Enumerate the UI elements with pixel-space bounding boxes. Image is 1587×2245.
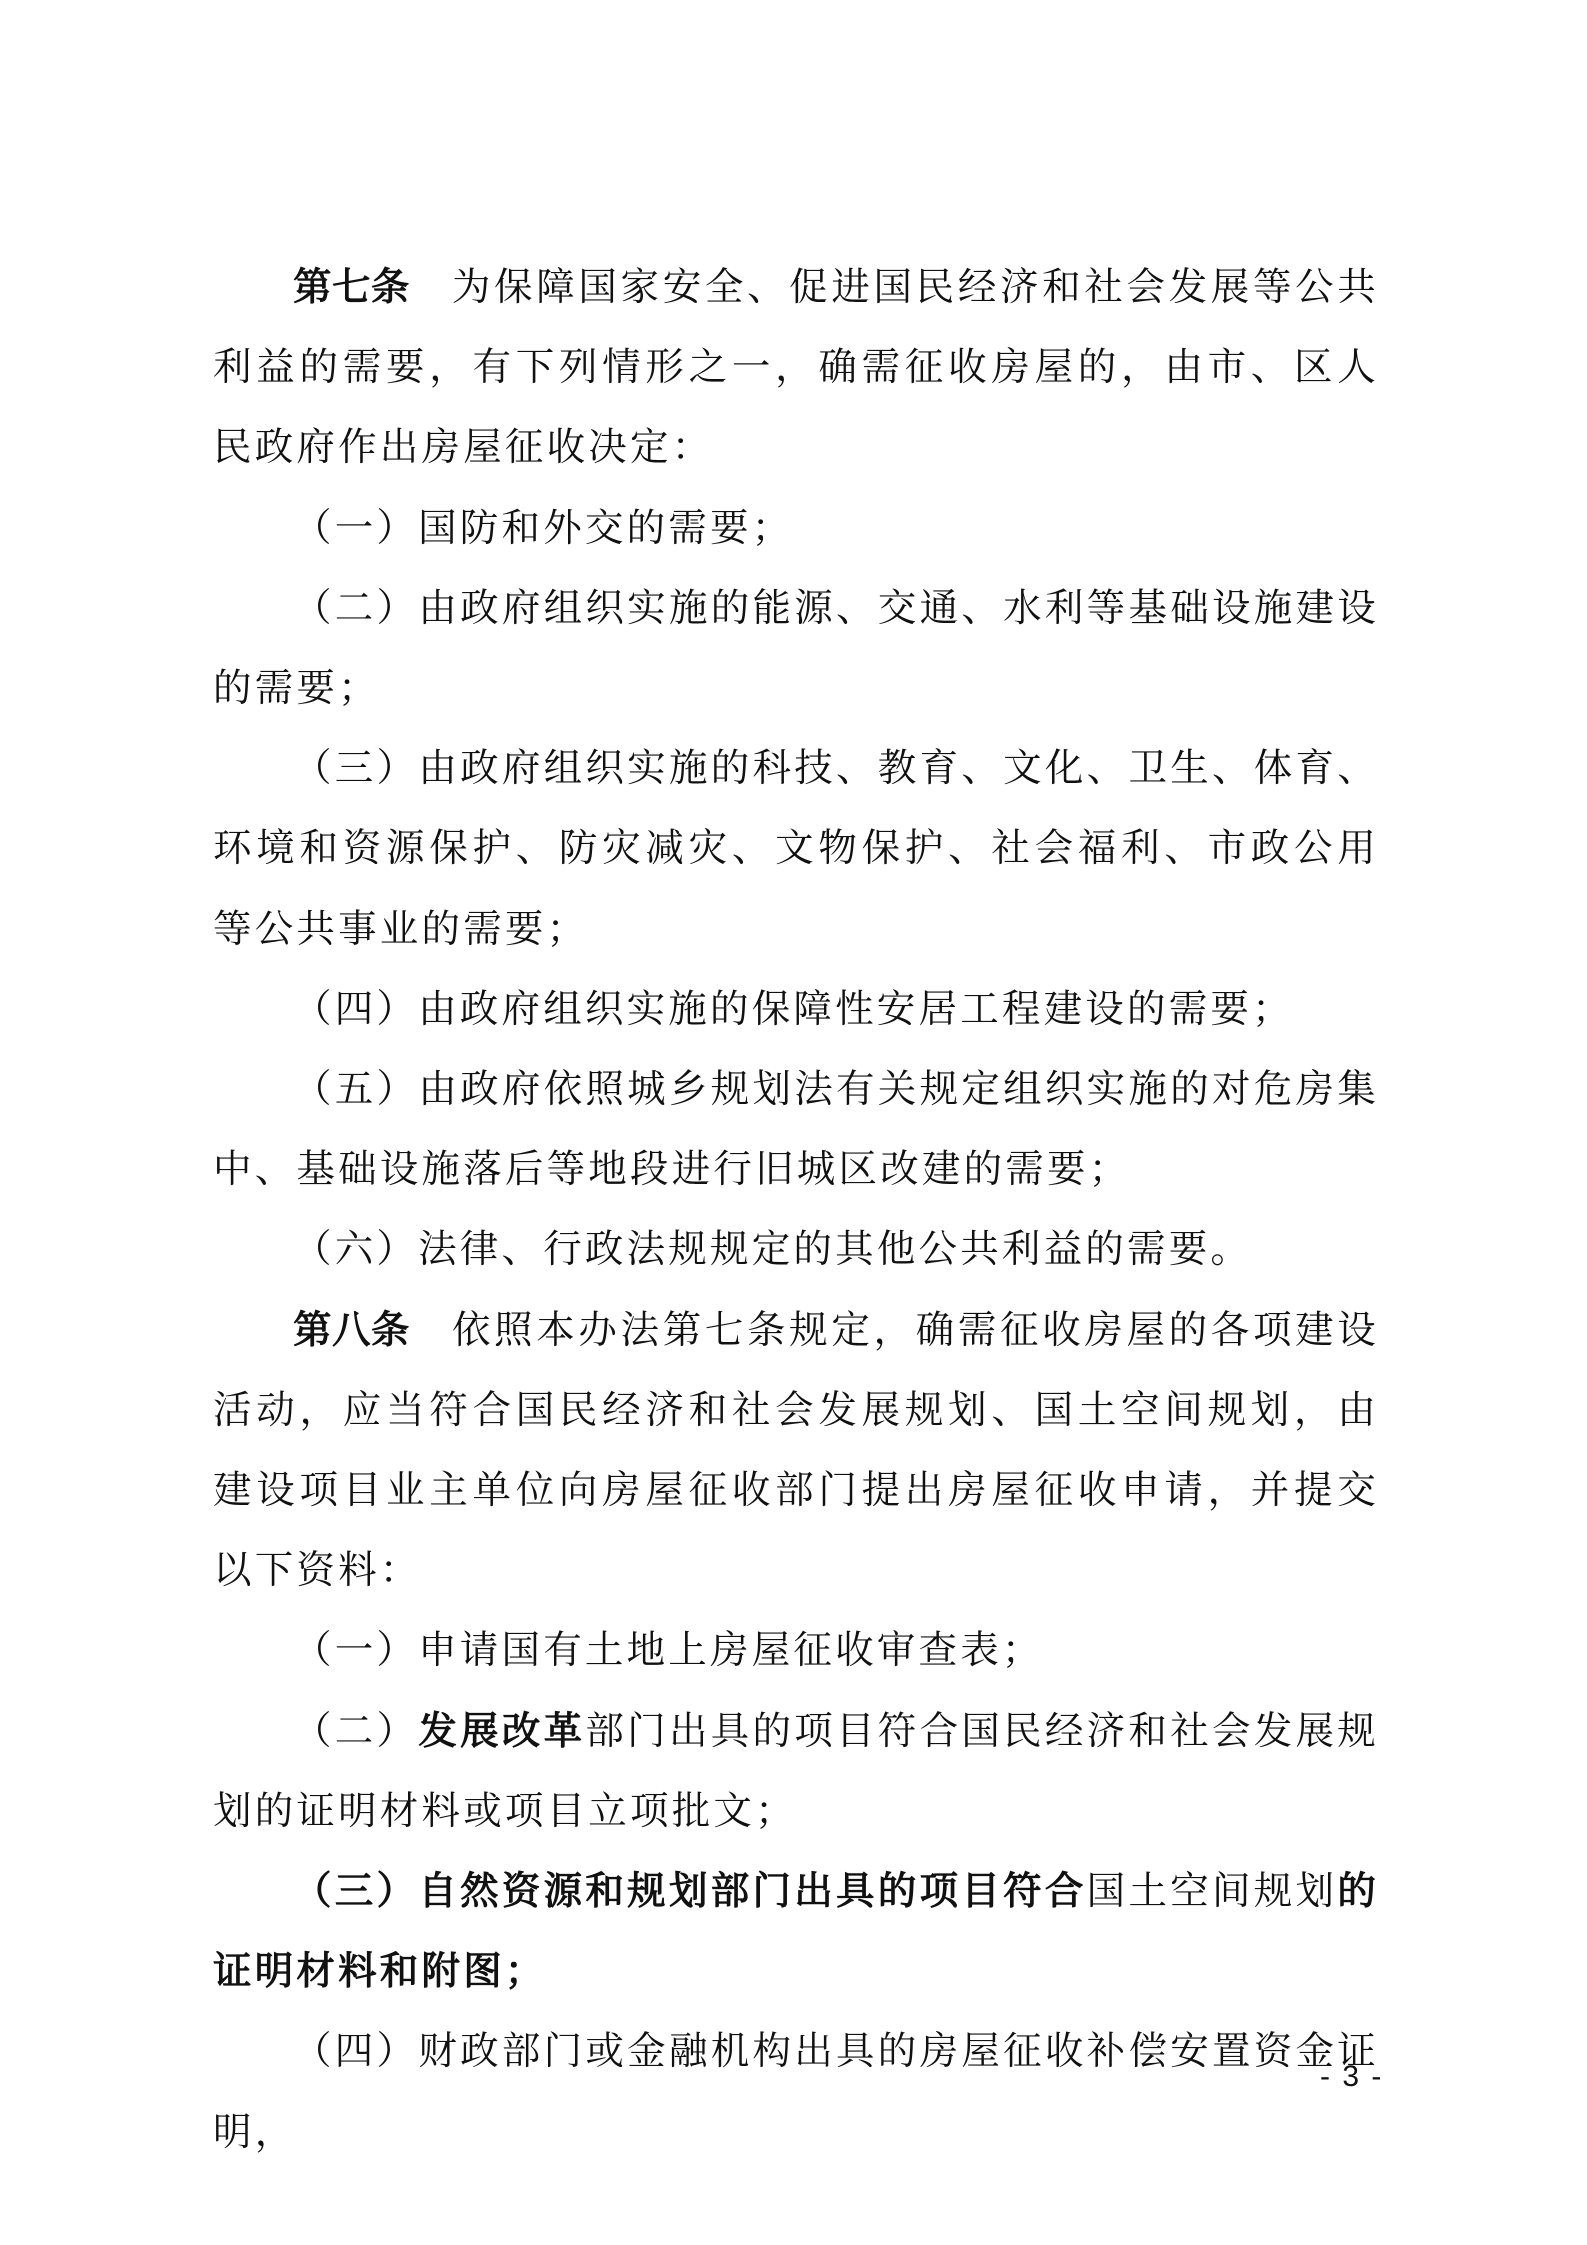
article-7-title: 第七条: [293, 265, 410, 310]
article-8-item-2-emphasis: 发展改革: [418, 1709, 585, 1754]
article-7-item-3: （三）由政府组织实施的科技、教育、文化、卫生、体育、环境和资源保护、防灾减灾、文…: [213, 729, 1379, 970]
article-8-item-3-mid: 国土空间规划: [1087, 1869, 1338, 1914]
article-7-item-6: （六）法律、行政法规规定的其他公共利益的需要。: [213, 1210, 1379, 1290]
article-8-item-2: （二）发展改革部门出具的项目符合国民经济和社会发展规划的证明材料或项目立项批文；: [213, 1692, 1379, 1852]
article-8-item-1: （一）申请国有土地上房屋征收审查表；: [213, 1611, 1379, 1691]
article-7-item-4: （四）由政府组织实施的保障性安居工程建设的需要；: [213, 970, 1379, 1050]
page-number: - 3 -: [1320, 2060, 1383, 2094]
article-7-intro: 第七条为保障国家安全、促进国民经济和社会发展等公共利益的需要，有下列情形之一，确…: [213, 248, 1379, 489]
article-8-item-3-emphasis-1: 自然资源和规划部门出具的项目符合: [418, 1869, 1086, 1914]
article-8-item-2-prefix: （二）: [293, 1709, 418, 1754]
article-8-intro: 第八条依照本办法第七条规定，确需征收房屋的各项建设活动，应当符合国民经济和社会发…: [213, 1291, 1379, 1612]
article-8-item-4: （四）财政部门或金融机构出具的房屋征收补偿安置资金证明，: [213, 2012, 1379, 2172]
article-7-item-1: （一）国防和外交的需要；: [213, 489, 1379, 569]
article-8-item-3: （三）自然资源和规划部门出具的项目符合国土空间规划的证明材料和附图；: [213, 1852, 1379, 2012]
document-page: 第七条为保障国家安全、促进国民经济和社会发展等公共利益的需要，有下列情形之一，确…: [213, 248, 1379, 2173]
article-8-item-3-prefix: （三）: [293, 1869, 418, 1914]
article-7-item-5: （五）由政府依照城乡规划法有关规定组织实施的对危房集中、基础设施落后等地段进行旧…: [213, 1050, 1379, 1210]
article-7-item-2: （二）由政府组织实施的能源、交通、水利等基础设施建设的需要；: [213, 569, 1379, 729]
article-8-title: 第八条: [293, 1308, 410, 1353]
